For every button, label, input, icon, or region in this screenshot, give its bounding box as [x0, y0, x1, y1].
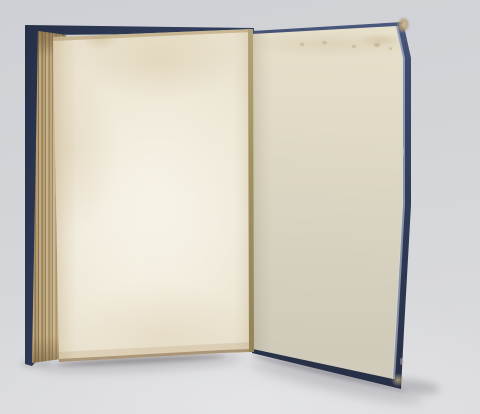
cloth-wear-speck	[400, 358, 404, 365]
foxing-spot	[352, 45, 356, 48]
worn-corner-bottom-right	[391, 373, 405, 387]
photo-open-book	[0, 0, 480, 414]
foxing-spot	[322, 41, 327, 44]
worn-corner-top-right	[391, 15, 411, 37]
cloth-wear-speck	[401, 147, 404, 156]
foxing-spot	[300, 43, 304, 46]
foxing-spot	[389, 47, 392, 50]
foxing-spot	[374, 43, 380, 47]
